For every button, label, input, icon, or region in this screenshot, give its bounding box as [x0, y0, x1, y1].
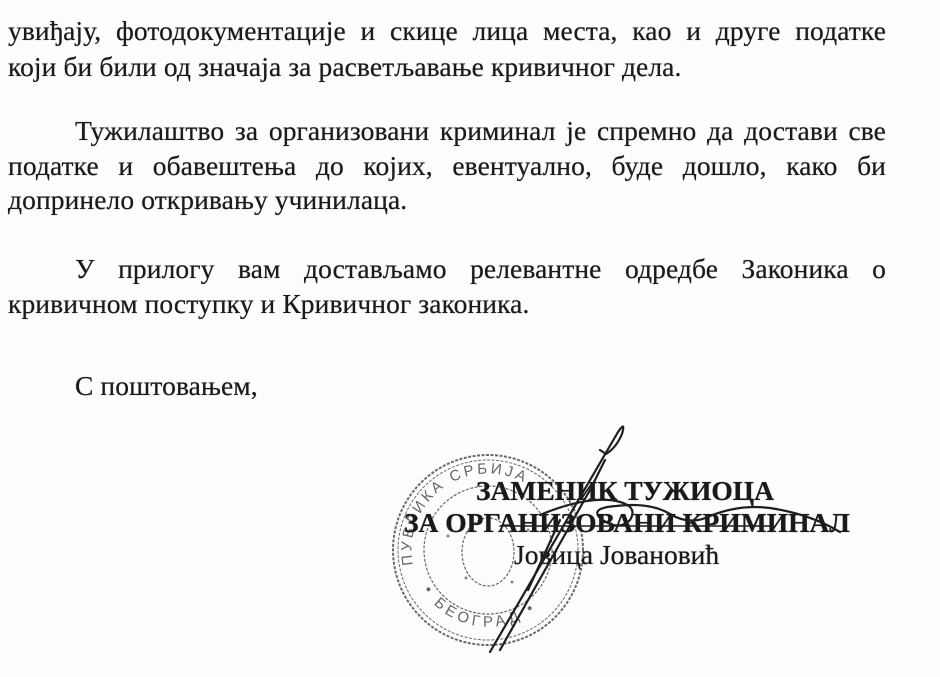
paragraph-3-line-1: У прилогу вам достављамо релевантне одре… — [8, 252, 886, 286]
paragraph-1-line-2: који би били од значаја за расветљавање … — [8, 50, 886, 84]
paragraph-2-line-2: податке и обавештења до којих, евентуалн… — [8, 149, 886, 183]
paragraph-3-line-2: кривичном поступку и Кривичног законика. — [8, 287, 886, 321]
closing-salutation: С поштовањем, — [75, 369, 258, 403]
paragraph-2-line-1: Тужилаштво за организовани криминал је с… — [8, 114, 886, 148]
handwritten-signature-icon — [440, 420, 900, 670]
document-page: увиђају, фотодокументације и скице лица … — [0, 0, 940, 677]
paragraph-1-line-1: увиђају, фотодокументације и скице лица … — [8, 14, 886, 48]
paragraph-2-line-3: допринело откривању учинилаца. — [8, 183, 886, 217]
